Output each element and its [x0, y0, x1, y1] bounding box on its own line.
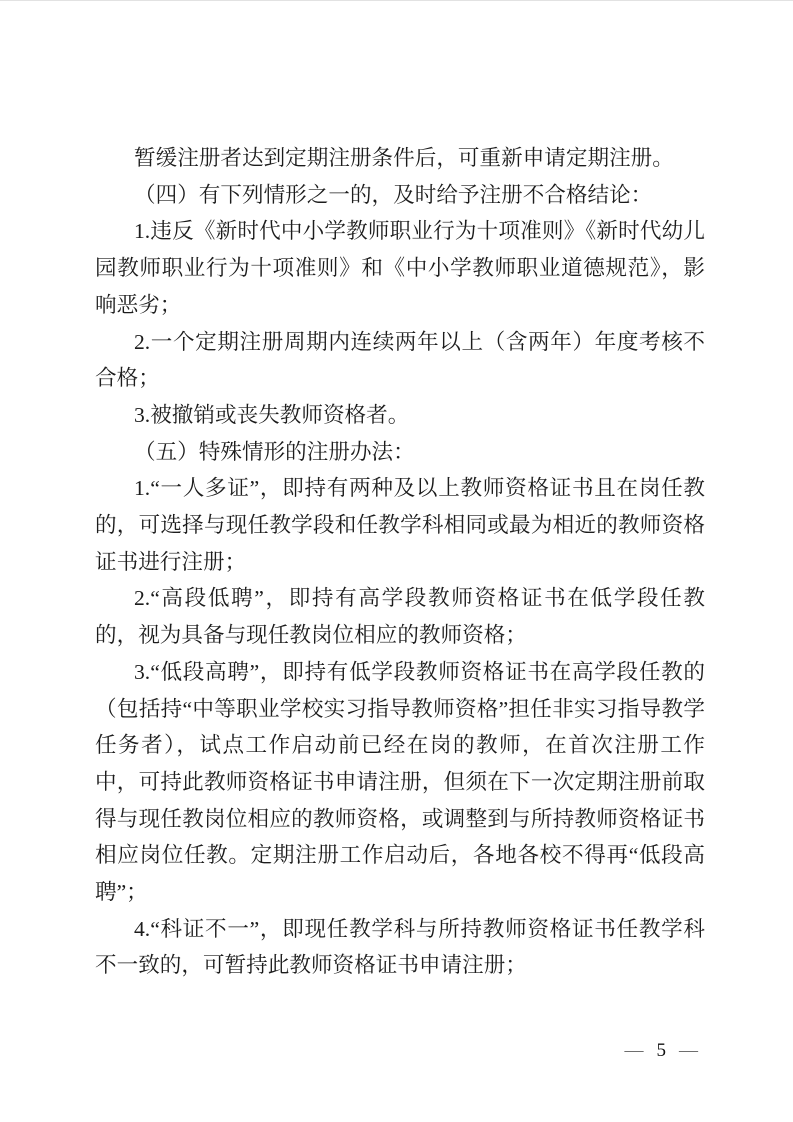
paragraph-item-1-multiple-certificates: 1.“一人多证”，即持有两种及以上教师资格证书且在岗任教的，可选择与现任教学段和…	[95, 470, 705, 580]
paragraph-item-3-revoked: 3.被撤销或丧失教师资格者。	[95, 397, 705, 434]
paragraph-item-1-violations: 1.违反《新时代中小学教师职业行为十项准则》《新时代幼儿园教师职业行为十项准则》…	[95, 213, 705, 323]
footer-page-number: 5	[657, 1040, 667, 1061]
document-body: 暂缓注册者达到定期注册条件后，可重新申请定期注册。 （四）有下列情形之一的，及时…	[95, 140, 705, 984]
paragraph-deferred-registration: 暂缓注册者达到定期注册条件后，可重新申请定期注册。	[95, 140, 705, 177]
document-page: 暂缓注册者达到定期注册条件后，可重新申请定期注册。 （四）有下列情形之一的，及时…	[0, 0, 793, 1122]
paragraph-item-3-low-cert-high-post: 3.“低段高聘”，即持有低学段教师资格证书在高学段任教的（包括持“中等职业学校实…	[95, 654, 705, 911]
paragraph-section-4-heading: （四）有下列情形之一的，及时给予注册不合格结论：	[95, 177, 705, 214]
paragraph-item-2-assessment: 2.一个定期注册周期内连续两年以上（含两年）年度考核不合格；	[95, 324, 705, 397]
footer-dash-left: —	[625, 1040, 644, 1061]
paragraph-item-4-subject-mismatch: 4.“科证不一”，即现任教学科与所持教师资格证书任教学科不一致的，可暂持此教师资…	[95, 911, 705, 984]
page-footer: —5—	[625, 1040, 699, 1062]
paragraph-item-2-high-cert-low-post: 2.“高段低聘”，即持有高学段教师资格证书在低学段任教的，视为具备与现任教岗位相…	[95, 580, 705, 653]
footer-dash-right: —	[679, 1040, 698, 1061]
paragraph-section-5-heading: （五）特殊情形的注册办法：	[95, 434, 705, 471]
